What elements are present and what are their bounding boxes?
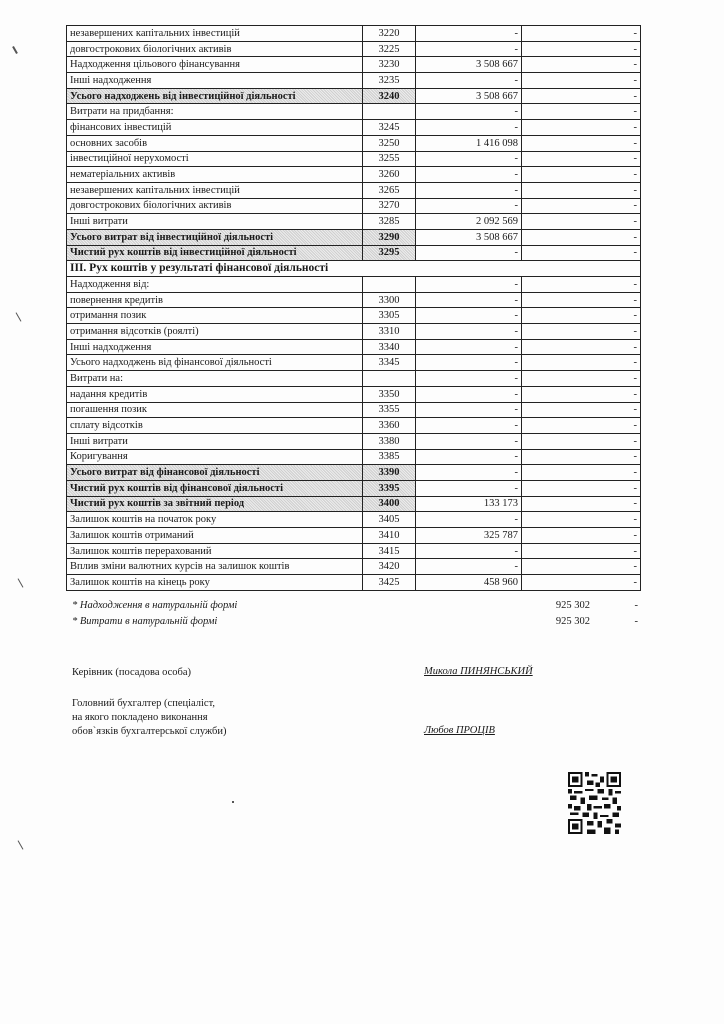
- table-row: повернення кредитів3300--: [67, 292, 641, 308]
- row-label: Залишок коштів отриманий: [67, 528, 363, 544]
- previous-period-value: -: [522, 73, 641, 89]
- table-row: Чистий рух коштів за звітний період34001…: [67, 496, 641, 512]
- table-row: Коригування3385--: [67, 449, 641, 465]
- row-label: Залишок коштів перерахований: [67, 543, 363, 559]
- row-code: 3355: [363, 402, 416, 418]
- current-period-value: -: [416, 480, 522, 496]
- row-label: Інші надходження: [67, 339, 363, 355]
- cash-flow-table: незавершених капітальних інвестицій3220-…: [66, 25, 641, 591]
- table-row: інвестиційної нерухомості3255--: [67, 151, 641, 167]
- previous-period-value: -: [522, 198, 641, 214]
- row-label: Витрати на:: [67, 371, 363, 387]
- current-period-value: -: [416, 339, 522, 355]
- row-label: Залишок коштів на початок року: [67, 512, 363, 528]
- table-row: Чистий рух коштів від фінансової діяльно…: [67, 480, 641, 496]
- row-label: незавершених капітальних інвестицій: [67, 182, 363, 198]
- previous-period-value: -: [522, 402, 641, 418]
- previous-period-value: -: [522, 214, 641, 230]
- table-row: Залишок коштів перерахований3415--: [67, 543, 641, 559]
- natural-form-receipts: * Надходження в натуральній формі 925 30…: [72, 600, 638, 611]
- current-period-value: 2 092 569: [416, 214, 522, 230]
- previous-period-value: -: [522, 229, 641, 245]
- current-period-value: -: [416, 512, 522, 528]
- row-code: 3400: [363, 496, 416, 512]
- table-row: Усього надходжень від інвестиційної діял…: [67, 88, 641, 104]
- table-row: нематеріальних активів3260--: [67, 167, 641, 183]
- row-code: 3410: [363, 528, 416, 544]
- table-row: погашення позик3355--: [67, 402, 641, 418]
- row-label: довгострокових біологічних активів: [67, 198, 363, 214]
- table-row: Надходження цільового фінансування32303 …: [67, 57, 641, 73]
- table-row: Усього надходжень від фінансової діяльно…: [67, 355, 641, 371]
- row-code: 3285: [363, 214, 416, 230]
- current-period-value: -: [416, 73, 522, 89]
- row-label: основних засобів: [67, 135, 363, 151]
- previous-period-value: -: [522, 449, 641, 465]
- table-row: отримання позик3305--: [67, 308, 641, 324]
- row-code: [363, 277, 416, 293]
- current-period-value: -: [416, 371, 522, 387]
- previous-period-value: -: [522, 480, 641, 496]
- current-period-value: 133 173: [416, 496, 522, 512]
- row-code: 3265: [363, 182, 416, 198]
- row-label: Усього витрат від інвестиційної діяльнос…: [67, 229, 363, 245]
- row-code: 3425: [363, 575, 416, 591]
- accountant-title-line-1: Головний бухгалтер (спеціаліст,: [72, 697, 215, 710]
- row-label: Усього надходжень від інвестиційної діял…: [67, 88, 363, 104]
- row-label: Залишок коштів на кінець року: [67, 575, 363, 591]
- previous-period-value: -: [522, 528, 641, 544]
- row-label: Усього витрат від фінансової діяльності: [67, 465, 363, 481]
- previous-period-value: -: [522, 182, 641, 198]
- table-row: Інші витрати3380--: [67, 433, 641, 449]
- previous-period-value: -: [522, 575, 641, 591]
- row-code: 3350: [363, 386, 416, 402]
- current-period-value: 1 416 098: [416, 135, 522, 151]
- scan-speck: [18, 840, 24, 849]
- previous-period-value: -: [522, 512, 641, 528]
- row-label: Інші надходження: [67, 73, 363, 89]
- table-row: Інші витрати32852 092 569-: [67, 214, 641, 230]
- row-label: повернення кредитів: [67, 292, 363, 308]
- current-period-value: -: [416, 559, 522, 575]
- current-period-value: -: [416, 308, 522, 324]
- row-code: 3235: [363, 73, 416, 89]
- row-code: 3345: [363, 355, 416, 371]
- previous-period-value: -: [522, 88, 641, 104]
- row-label: Витрати на придбання:: [67, 104, 363, 120]
- row-code: 3225: [363, 41, 416, 57]
- row-code: 3290: [363, 229, 416, 245]
- current-period-value: -: [416, 41, 522, 57]
- row-label: інвестиційної нерухомості: [67, 151, 363, 167]
- current-period-value: -: [416, 324, 522, 340]
- director-name: Микола ПИНЯНСЬКИЙ: [424, 666, 533, 677]
- table-row: сплату відсотків3360--: [67, 418, 641, 434]
- current-period-value: 325 787: [416, 528, 522, 544]
- row-code: 3415: [363, 543, 416, 559]
- table-row: незавершених капітальних інвестицій3265-…: [67, 182, 641, 198]
- row-label: фінансових інвестицій: [67, 120, 363, 136]
- table-row: Залишок коштів на кінець року3425458 960…: [67, 575, 641, 591]
- previous-period-value: -: [522, 543, 641, 559]
- previous-period-value: -: [522, 277, 641, 293]
- current-period-value: 3 508 667: [416, 57, 522, 73]
- row-code: 3390: [363, 465, 416, 481]
- current-period-value: -: [416, 386, 522, 402]
- row-label: Чистий рух коштів за звітний період: [67, 496, 363, 512]
- table-row: основних засобів32501 416 098-: [67, 135, 641, 151]
- row-code: [363, 371, 416, 387]
- previous-period-value: -: [522, 292, 641, 308]
- row-code: 3240: [363, 88, 416, 104]
- row-label: Надходження цільового фінансування: [67, 57, 363, 73]
- row-label: нематеріальних активів: [67, 167, 363, 183]
- row-label: Інші витрати: [67, 214, 363, 230]
- previous-period-value: -: [522, 355, 641, 371]
- table-row: надання кредитів3350--: [67, 386, 641, 402]
- natural-form-expenses: * Витрати в натуральній формі 925 302 -: [72, 616, 638, 627]
- qr-code-icon: [567, 772, 622, 834]
- row-code: 3405: [363, 512, 416, 528]
- row-code: 3250: [363, 135, 416, 151]
- current-period-value: -: [416, 167, 522, 183]
- row-label: надання кредитів: [67, 386, 363, 402]
- row-label: Надходження від:: [67, 277, 363, 293]
- scan-speck: [18, 578, 24, 587]
- accountant-title-line-2: на якого покладено виконання: [72, 711, 208, 724]
- current-period-value: -: [416, 449, 522, 465]
- table-row: фінансових інвестицій3245--: [67, 120, 641, 136]
- natural-label: * Витрати в натуральній формі: [72, 616, 217, 627]
- current-period-value: -: [416, 104, 522, 120]
- previous-period-value: -: [522, 433, 641, 449]
- table-row: Чистий рух коштів від інвестиційної діял…: [67, 245, 641, 261]
- row-label: отримання відсотків (роялті): [67, 324, 363, 340]
- current-period-value: -: [416, 277, 522, 293]
- director-title: Керівник (посадова особа): [72, 666, 191, 679]
- row-code: 3305: [363, 308, 416, 324]
- row-label: Чистий рух коштів від інвестиційної діял…: [67, 245, 363, 261]
- current-period-value: -: [416, 198, 522, 214]
- current-period-value: -: [416, 543, 522, 559]
- current-period-value: 3 508 667: [416, 88, 522, 104]
- section-title: ІІІ. Рух коштів у результаті фінансової …: [67, 261, 641, 277]
- natural-current: 925 302: [470, 600, 590, 611]
- current-period-value: -: [416, 182, 522, 198]
- row-code: 3255: [363, 151, 416, 167]
- previous-period-value: -: [522, 135, 641, 151]
- section-header-row: ІІІ. Рух коштів у результаті фінансової …: [67, 261, 641, 277]
- table-row: отримання відсотків (роялті)3310--: [67, 324, 641, 340]
- row-code: 3360: [363, 418, 416, 434]
- table-row: Витрати на придбання:--: [67, 104, 641, 120]
- row-code: 3260: [363, 167, 416, 183]
- current-period-value: -: [416, 402, 522, 418]
- table-row: Вплив зміни валютних курсів на залишок к…: [67, 559, 641, 575]
- row-code: 3380: [363, 433, 416, 449]
- table-row: довгострокових біологічних активів3225--: [67, 41, 641, 57]
- row-code: [363, 104, 416, 120]
- table-row: Залишок коштів на початок року3405--: [67, 512, 641, 528]
- row-code: 3295: [363, 245, 416, 261]
- previous-period-value: -: [522, 151, 641, 167]
- previous-period-value: -: [522, 120, 641, 136]
- previous-period-value: -: [522, 245, 641, 261]
- row-label: Чистий рух коштів від фінансової діяльно…: [67, 480, 363, 496]
- row-label: Вплив зміни валютних курсів на залишок к…: [67, 559, 363, 575]
- current-period-value: -: [416, 245, 522, 261]
- natural-previous: -: [635, 600, 639, 611]
- previous-period-value: -: [522, 418, 641, 434]
- table-row: Усього витрат від інвестиційної діяльнос…: [67, 229, 641, 245]
- natural-current: 925 302: [470, 616, 590, 627]
- previous-period-value: -: [522, 496, 641, 512]
- current-period-value: -: [416, 120, 522, 136]
- current-period-value: -: [416, 465, 522, 481]
- row-label: довгострокових біологічних активів: [67, 41, 363, 57]
- current-period-value: 458 960: [416, 575, 522, 591]
- previous-period-value: -: [522, 57, 641, 73]
- previous-period-value: -: [522, 371, 641, 387]
- table-row: Усього витрат від фінансової діяльності3…: [67, 465, 641, 481]
- table-row: Надходження від:--: [67, 277, 641, 293]
- current-period-value: 3 508 667: [416, 229, 522, 245]
- table-row: Інші надходження3340--: [67, 339, 641, 355]
- previous-period-value: -: [522, 104, 641, 120]
- table-row: незавершених капітальних інвестицій3220-…: [67, 26, 641, 42]
- accountant-title-line-3: обов`язків бухгалтерської служби): [72, 725, 227, 738]
- previous-period-value: -: [522, 386, 641, 402]
- current-period-value: -: [416, 418, 522, 434]
- previous-period-value: -: [522, 465, 641, 481]
- row-code: 3395: [363, 480, 416, 496]
- row-code: 3340: [363, 339, 416, 355]
- row-code: 3270: [363, 198, 416, 214]
- scan-speck: [12, 46, 18, 54]
- table-row: Витрати на:--: [67, 371, 641, 387]
- row-code: 3230: [363, 57, 416, 73]
- row-code: 3245: [363, 120, 416, 136]
- accountant-name: Любов ПРОЦІВ: [424, 725, 495, 736]
- table-row: довгострокових біологічних активів3270--: [67, 198, 641, 214]
- previous-period-value: -: [522, 26, 641, 42]
- natural-previous: -: [635, 616, 639, 627]
- table-row: Інші надходження3235--: [67, 73, 641, 89]
- natural-label: * Надходження в натуральній формі: [72, 600, 237, 611]
- row-code: 3220: [363, 26, 416, 42]
- row-label: Усього надходжень від фінансової діяльно…: [67, 355, 363, 371]
- current-period-value: -: [416, 292, 522, 308]
- previous-period-value: -: [522, 308, 641, 324]
- current-period-value: -: [416, 433, 522, 449]
- previous-period-value: -: [522, 339, 641, 355]
- scan-speck: [16, 312, 22, 321]
- current-period-value: -: [416, 151, 522, 167]
- previous-period-value: -: [522, 167, 641, 183]
- row-code: 3310: [363, 324, 416, 340]
- current-period-value: -: [416, 26, 522, 42]
- previous-period-value: -: [522, 324, 641, 340]
- row-label: Інші витрати: [67, 433, 363, 449]
- row-code: 3300: [363, 292, 416, 308]
- scan-speck: [232, 801, 234, 803]
- table-row: Залишок коштів отриманий3410325 787-: [67, 528, 641, 544]
- row-label: погашення позик: [67, 402, 363, 418]
- previous-period-value: -: [522, 559, 641, 575]
- row-label: незавершених капітальних інвестицій: [67, 26, 363, 42]
- row-label: сплату відсотків: [67, 418, 363, 434]
- row-code: 3420: [363, 559, 416, 575]
- previous-period-value: -: [522, 41, 641, 57]
- row-label: Коригування: [67, 449, 363, 465]
- current-period-value: -: [416, 355, 522, 371]
- row-code: 3385: [363, 449, 416, 465]
- row-label: отримання позик: [67, 308, 363, 324]
